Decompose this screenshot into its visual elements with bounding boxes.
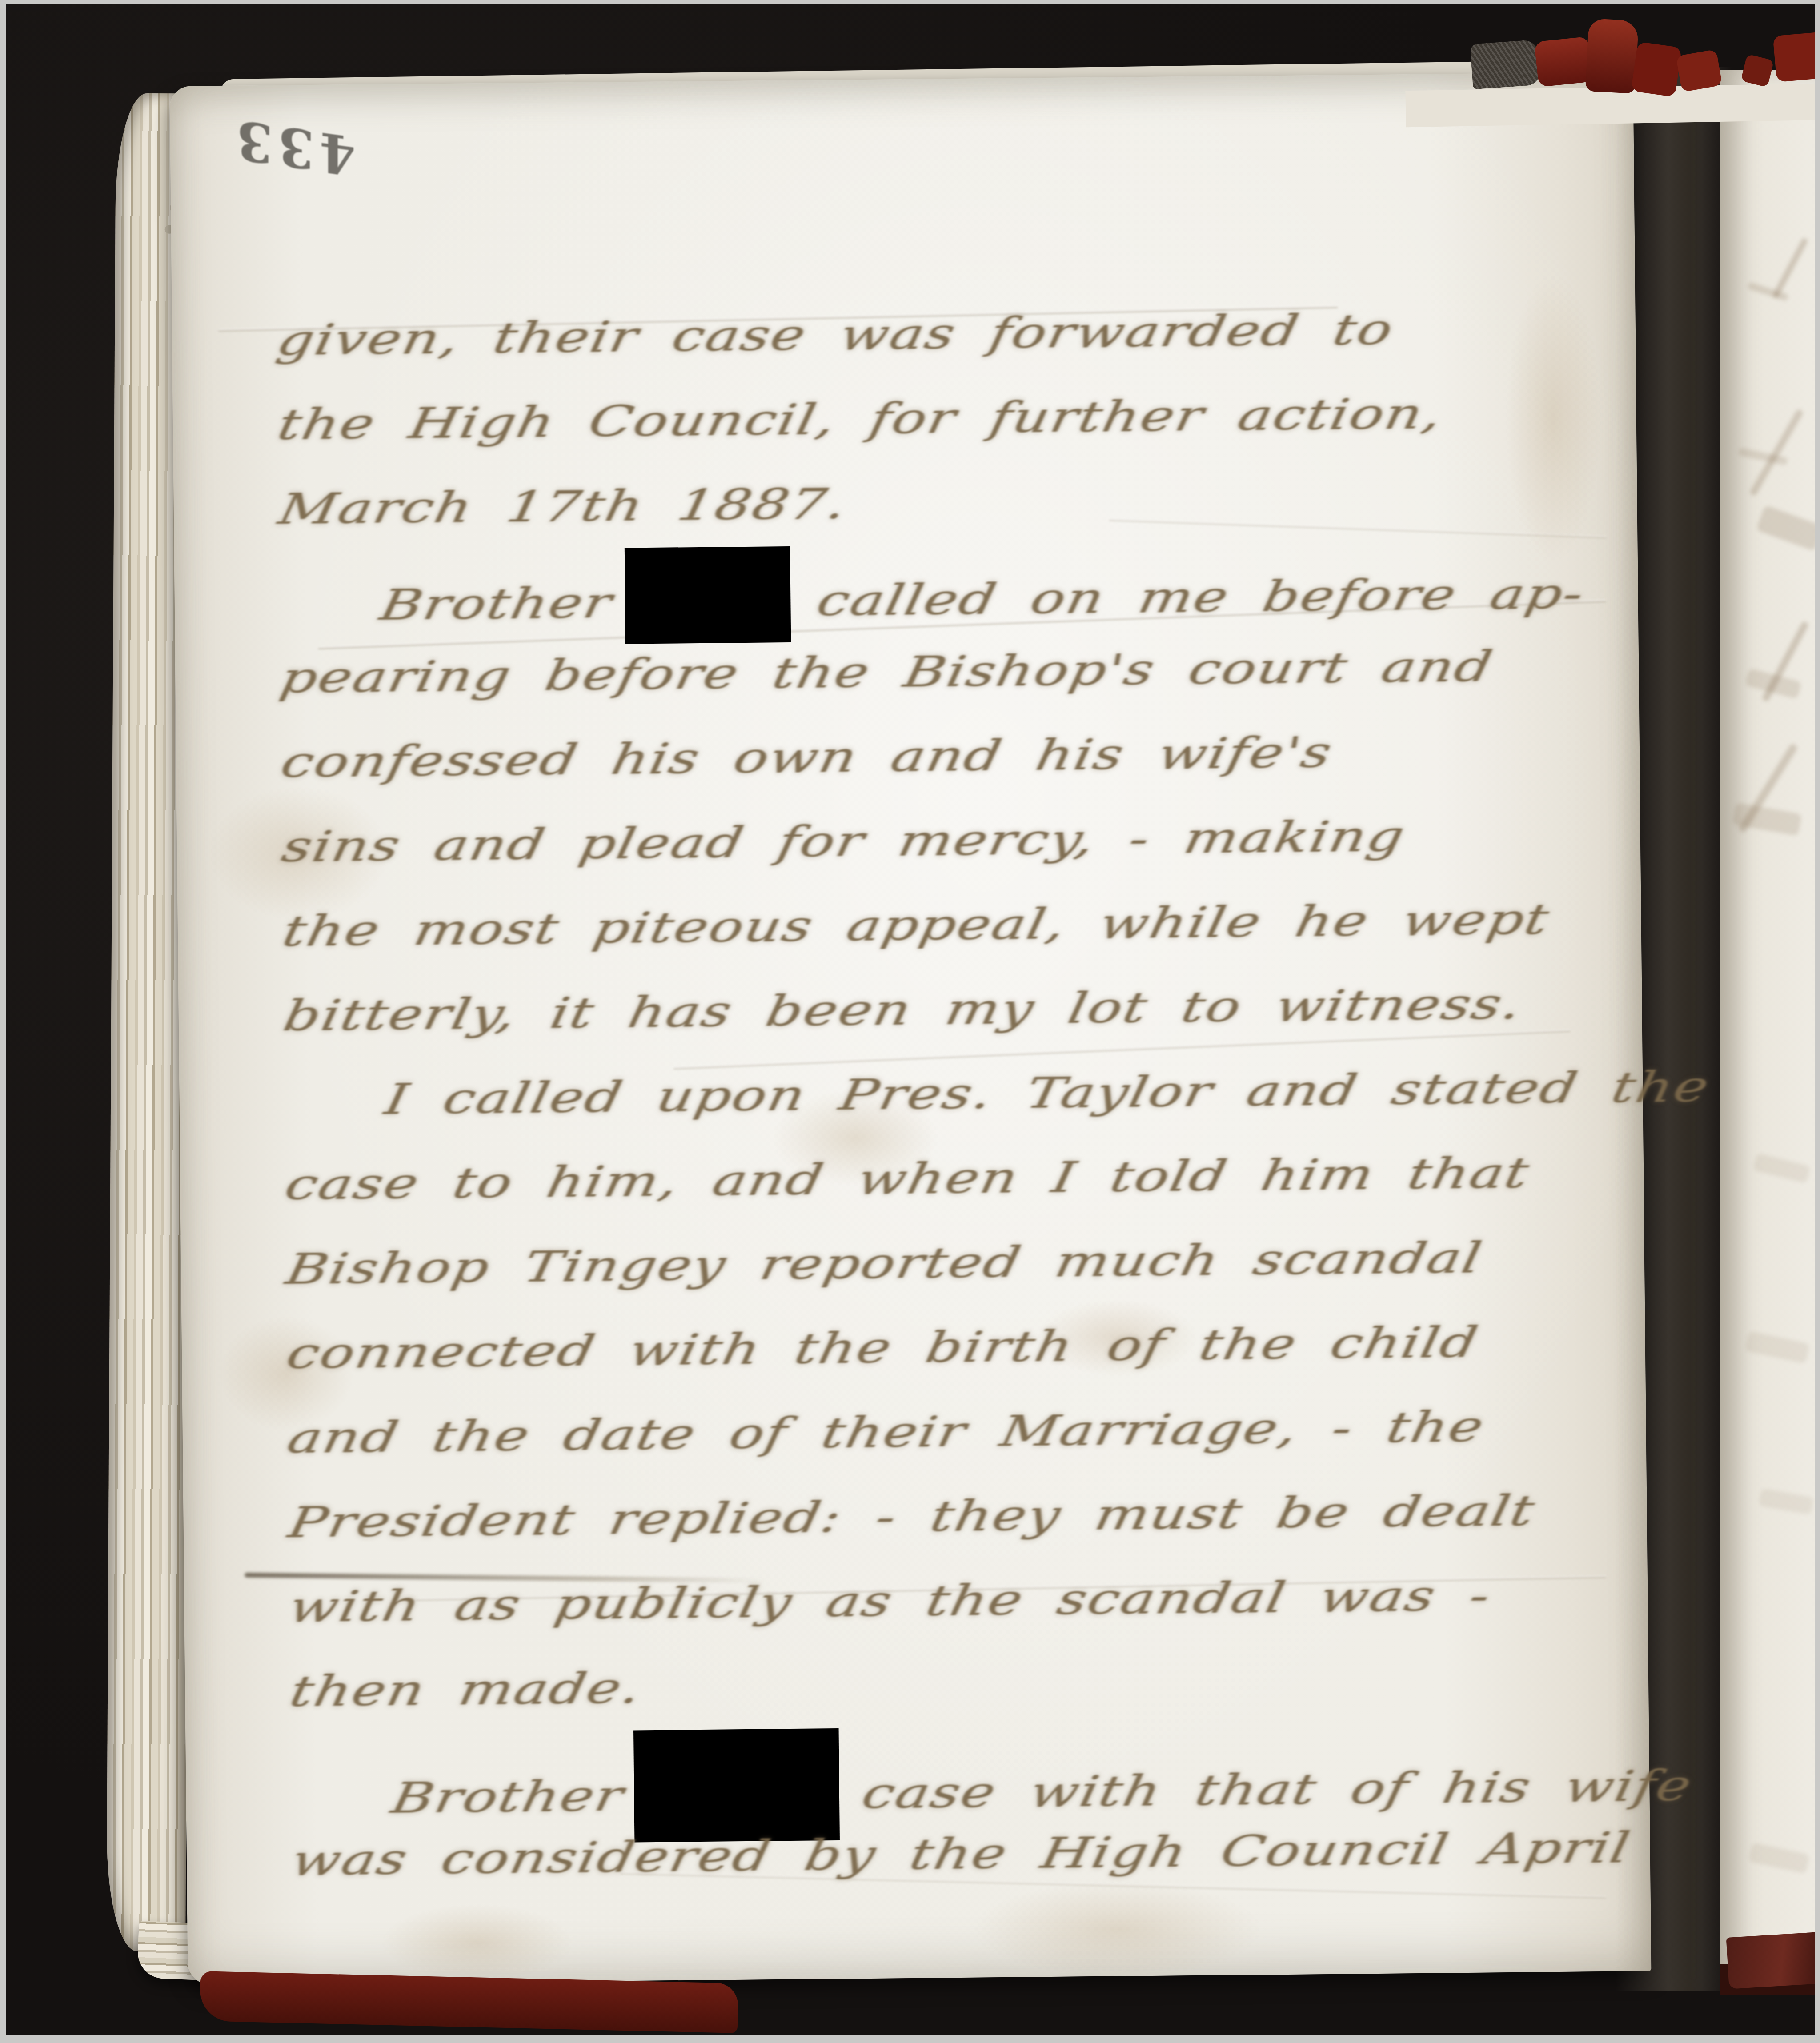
red-leather-fragment xyxy=(1773,32,1815,82)
manuscript-line: given, their case was forwarded to xyxy=(277,280,1815,382)
manuscript-text: bitterly, it has been my lot to witness. xyxy=(276,961,1530,1058)
manuscript-text: pearing before the Bishop's court and xyxy=(273,624,1501,721)
manuscript-text: the High Council, for further action, xyxy=(270,371,1451,467)
manuscript-text: with as publicly as the scandal was - xyxy=(281,1553,1499,1649)
manuscript-text: the most piteous appeal, while he wept xyxy=(275,877,1558,973)
manuscript-text: case to him, and when I told him that xyxy=(277,1130,1538,1227)
manuscript-lines: given, their case was forwarded tothe Hi… xyxy=(277,285,1649,1903)
manuscript-text: President replied: - they must be dealt xyxy=(281,1468,1543,1565)
manuscript-line: sins and plead for mercy, - making xyxy=(282,787,1815,889)
manuscript-line: I called upon Pres. Taylor and stated th… xyxy=(285,1041,1815,1142)
manuscript-text: confessed his own and his wife's xyxy=(273,710,1340,805)
cover-edge-bottom-right xyxy=(1726,1931,1815,1989)
book-photo: 433 given, their case was forwarded toth… xyxy=(6,4,1815,2035)
manuscript-line: connected with the birth of the child xyxy=(287,1294,1815,1396)
red-leather-fragment xyxy=(1631,42,1682,97)
red-leather-fragment xyxy=(1534,36,1593,87)
red-leather-fragment xyxy=(1676,49,1723,92)
manuscript-line: the most piteous appeal, while he wept xyxy=(283,872,1815,973)
redaction-box xyxy=(625,546,791,644)
manuscript-text: March 17th 1887. xyxy=(271,461,855,552)
manuscript-text: and the date of their Marriage, - the xyxy=(280,1384,1493,1480)
manuscript-line: bitterly, it has been my lot to witness. xyxy=(284,956,1815,1058)
manuscript-text: was considered by the High Council April xyxy=(284,1805,1639,1903)
manuscript-line: and the date of their Marriage, - the xyxy=(288,1378,1815,1480)
manuscript-line: President replied: - they must be dealt xyxy=(289,1463,1815,1565)
manuscript-text: given, their case was forwarded to xyxy=(269,287,1402,382)
manuscript-text: Bishop Tingey reported much scandal xyxy=(278,1215,1490,1311)
manuscript-line: March 17th 1887. xyxy=(279,449,1815,551)
manuscript-line: then made. xyxy=(290,1632,1815,1734)
manuscript-line: Brothercase with that of his wife xyxy=(291,1716,1815,1818)
manuscript-line: Bishop Tingey reported much scandal xyxy=(286,1210,1815,1311)
manuscript-text: then made. xyxy=(282,1646,649,1734)
manuscript-line: was considered by the High Council April xyxy=(292,1801,1815,1903)
manuscript-line: with as publicly as the scandal was - xyxy=(289,1547,1815,1649)
manuscript-line: pearing before the Bishop's court and xyxy=(281,618,1815,720)
manuscript-line: the High Council, for further action, xyxy=(278,365,1815,467)
red-leather-fragment xyxy=(1585,18,1639,94)
manuscript-text: connected with the birth of the child xyxy=(279,1300,1487,1396)
manuscript-line: confessed his own and his wife's xyxy=(281,703,1815,805)
manuscript-line: Brothercalled on me before ap- xyxy=(280,534,1815,636)
manuscript-text: I called upon Pres. Taylor and stated th… xyxy=(377,1044,1717,1142)
manuscript-line: case to him, and when I told him that xyxy=(285,1125,1815,1227)
manuscript-text: sins and plead for mercy, - making xyxy=(274,794,1413,889)
headband-fragment xyxy=(1470,40,1541,89)
